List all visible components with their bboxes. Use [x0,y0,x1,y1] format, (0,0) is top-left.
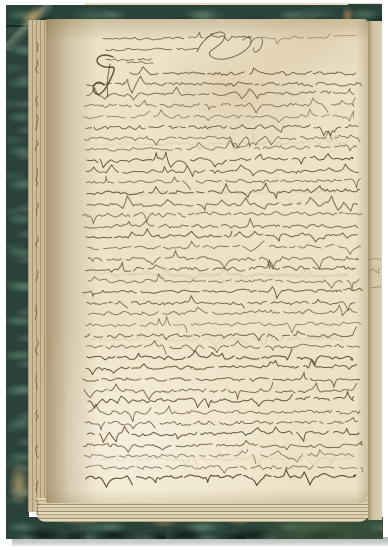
ink-stroke [88,391,354,408]
ink-stroke [106,59,151,61]
photo-frame: Photograph of a bound 16th-century Frenc… [0,0,388,550]
ink-stroke [84,449,353,463]
ink-stroke [36,500,38,515]
ink-stroke [84,441,363,453]
ink-stroke [85,418,357,431]
ink-stroke [83,212,361,224]
ink-stroke [84,109,354,123]
ink-stroke [83,372,360,387]
body-text [83,67,363,487]
ink-stroke [85,218,358,228]
ink-stroke [87,152,353,168]
ink-stroke [83,287,362,299]
ink-stroke [262,34,330,44]
ink-stroke [37,42,39,52]
ink-stroke [36,446,39,458]
ink-stroke [103,32,252,41]
ink-stroke [36,271,38,281]
ink-stroke [36,60,39,73]
ink-stroke [130,67,356,75]
ink-stroke [86,229,357,242]
ink-stroke [369,268,380,273]
ink-stroke [250,37,263,52]
ink-stroke [36,481,38,492]
ink-stroke [87,241,360,255]
ink-stroke [86,469,356,487]
ink-stroke [88,305,356,316]
ink-stroke [86,316,361,333]
ink-stroke [370,286,381,288]
ink-stroke [93,55,114,94]
ink-stroke [36,114,38,130]
ink-stroke [36,410,39,421]
ink-stroke [36,237,39,247]
ink-stroke [84,98,355,113]
ink-stroke [86,125,358,136]
ink-stroke [35,340,38,355]
ink-stroke [36,96,38,106]
ink-stroke [87,341,360,355]
ink-stroke [369,258,381,260]
ink-stroke [106,48,198,51]
ink-stroke [127,62,153,64]
ink-stroke [333,36,356,37]
marginal-note [103,32,252,60]
bleed-through-text [91,135,352,468]
ink-stroke [87,196,357,211]
ink-stroke [87,427,359,443]
ink-stroke [36,305,37,320]
ink-stroke [84,382,357,399]
ink-stroke [87,296,356,311]
ink-stroke [36,375,37,390]
ink-stroke [88,250,358,268]
page-edge-marks [35,42,38,515]
ink-stroke [36,203,38,215]
ink-stroke [87,87,354,100]
ink-stroke [36,141,39,151]
ink-stroke [87,176,361,189]
ink-stroke [86,164,359,177]
ink-stroke [197,32,251,59]
ink-stroke [86,465,363,473]
facing-page-marks [369,258,381,287]
ink-stroke [88,404,360,422]
manuscript-ink [0,0,388,550]
ink-stroke [87,76,362,93]
paraph-flourish [197,32,263,59]
ink-stroke [36,169,38,186]
